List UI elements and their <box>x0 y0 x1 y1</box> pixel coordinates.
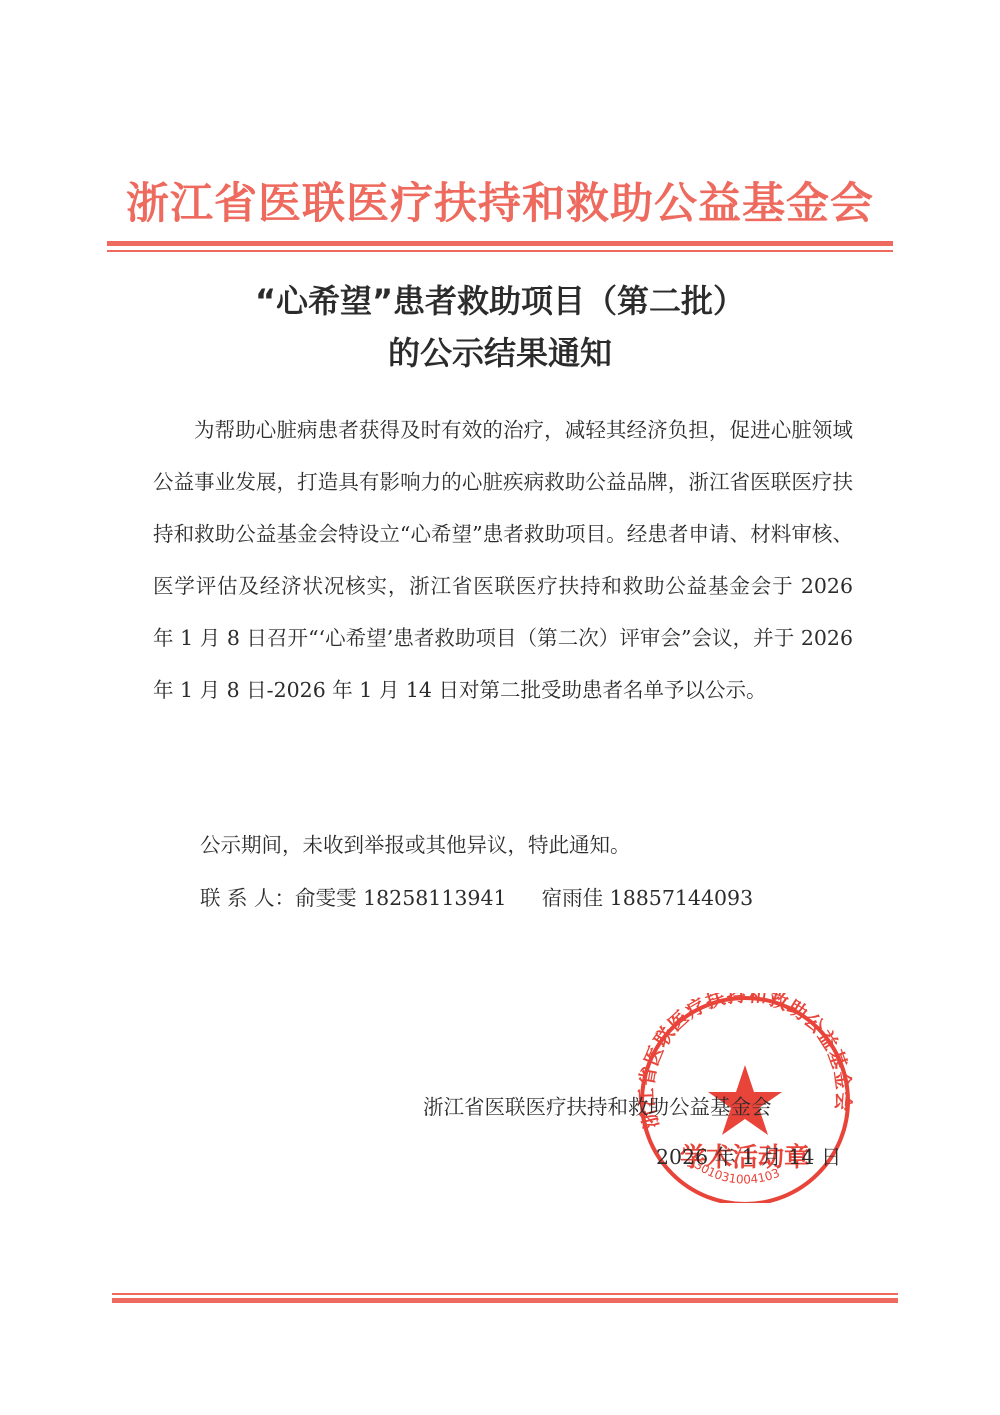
contact-2-name: 宿雨佳 <box>542 886 604 910</box>
body-paragraph-1: 为帮助心脏病患者获得及时有效的治疗，减轻其经济负担，促进心脏领域公益事业发展，打… <box>153 404 853 716</box>
body-paragraph-2: 公示期间，未收到举报或其他异议，特此通知。 <box>200 828 631 858</box>
contact-line: 联 系 人：俞雯雯 18258113941 宿雨佳 18857144093 <box>200 881 753 911</box>
signature-organization: 浙江省医联医疗扶持和救助公益基金会 <box>423 1090 772 1120</box>
footer-rule-thin <box>112 1293 898 1295</box>
contact-1-name: 俞雯雯 <box>295 886 357 910</box>
document-body: 为帮助心脏病患者获得及时有效的治疗，减轻其经济负担，促进心脏领域公益事业发展，打… <box>153 404 853 716</box>
letterhead-organization: 浙江省医联医疗扶持和救助公益基金会 <box>100 170 900 231</box>
contact-2-phone: 18857144093 <box>610 886 753 910</box>
contact-label: 联 系 人： <box>200 886 295 910</box>
letterhead-rule-thick <box>107 241 893 246</box>
signature-date: 2026 年 1 月 14 日 <box>656 1140 841 1170</box>
footer-rule-thick <box>112 1298 898 1303</box>
document-title-line1: “心希望”患者救助项目（第二批） <box>100 276 900 322</box>
contact-1-phone: 18258113941 <box>363 886 506 910</box>
document-title-line2: 的公示结果通知 <box>100 328 900 374</box>
letterhead-rule-thin <box>107 250 893 252</box>
